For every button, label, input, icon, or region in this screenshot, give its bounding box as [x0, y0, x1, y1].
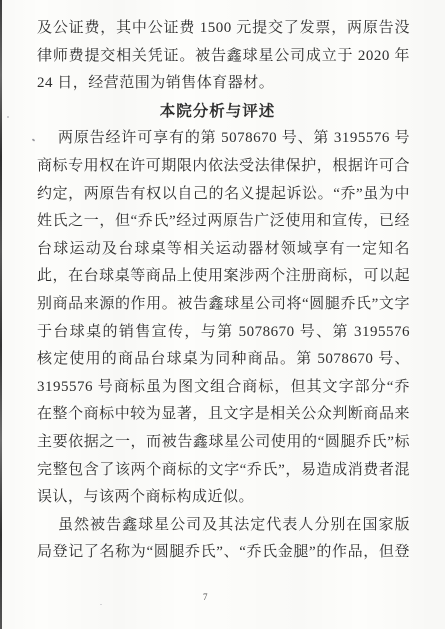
para2-line: 3195576 号商标虽为图文组合商标，但其文字部分“乔氏”: [37, 374, 410, 402]
scan-edge-artifact: [0, 0, 2, 629]
para2-line: 主要依据之一，而被告鑫球星公司使用的“圆腿乔氏”标识: [37, 429, 410, 457]
scan-speck: [100, 604, 102, 605]
para2-line: 商标专用权在许可期限内依法受法律保护，根据许可合同的: [37, 153, 410, 181]
para2-line: 核定使用的商品台球桌为同种商品。第 5078670 号、第: [37, 346, 410, 374]
para3-line: 局登记了名称为“圆腿乔氏”、“乔氏金腿”的作品，但登记: [37, 539, 410, 567]
para1-line: 24 日，经营范围为销售体育器材。: [37, 70, 410, 98]
para2-line: 在整个商标中较为显著，且文字是相关公众判断商品来源的: [37, 401, 410, 429]
para2-line: 台球运动及台球桌等相关运动器材领域享有一定知名度，因: [37, 236, 410, 264]
para2-line: 两原告经许可享有的第 5078670 号、第 3195576 号注册: [37, 125, 410, 153]
para3-line: 虽然被告鑫球星公司及其法定代表人分别在国家版权: [37, 512, 410, 540]
scanned-document-page: { "page": { "number": "7", "heading": "本…: [0, 0, 445, 629]
para2-line: 别商品来源的作用。被告鑫球星公司将“圆腿乔氏”文字用: [37, 291, 410, 319]
para2-line: 于台球桌的销售宣传，与第 5078670 号、第 3195576 号商标: [37, 319, 410, 347]
section-heading: 本院分析与评述: [31, 98, 404, 126]
para2-line: 姓氏之一，但“乔氏”经过两原告广泛使用和宣传，已经在: [37, 208, 410, 236]
para1-line: 律师费提交相关凭证。被告鑫球星公司成立于 2020 年 7 月: [37, 43, 410, 71]
document-body: 及公证费，其中公证费 1500 元提交了发票，两原告没有就 律师费提交相关凭证。…: [37, 15, 410, 567]
para2-line: 约定，两原告有权以自己的名义提起诉讼。“乔”虽为中国: [37, 181, 410, 209]
para1-line: 及公证费，其中公证费 1500 元提交了发票，两原告没有就: [37, 15, 410, 43]
page-number: 7: [203, 592, 208, 602]
scan-speck: [32, 138, 36, 141]
para2-line: 完整包含了该两个商标的文字“乔氏”，易造成消费者混淆: [37, 457, 410, 485]
para2-line: 误认，与该两个商标构成近似。: [37, 484, 410, 512]
scan-speck: [7, 116, 9, 118]
para2-line: 此，在台球桌等商品上使用案涉两个注册商标，可以起到识: [37, 263, 410, 291]
